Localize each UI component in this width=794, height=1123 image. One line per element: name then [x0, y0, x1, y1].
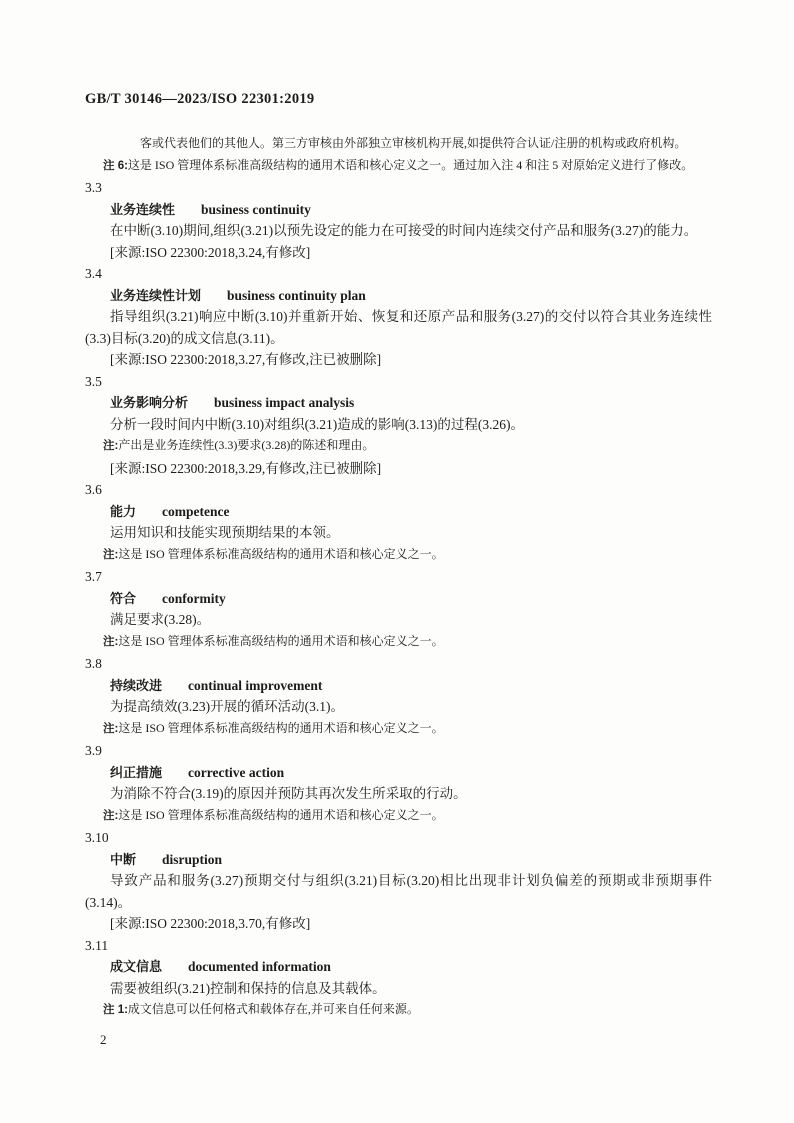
note-text: 成文信息可以任何格式和载体存在,并可来自任何来源。 [128, 1002, 419, 1016]
term-number: 3.11 [85, 935, 712, 957]
term-definition: 为提高绩效(3.23)开展的循环活动(3.1)。 [85, 696, 712, 718]
term-chinese: 业务影响分析 [110, 395, 188, 410]
term-definition: 为消除不符合(3.19)的原因并预防其再次发生所采取的行动。 [85, 783, 712, 805]
term-section: 3.9 纠正措施corrective action 为消除不符合(3.19)的原… [85, 740, 712, 827]
note-label: 注 1: [103, 1004, 128, 1016]
continuation-paragraph: 客或代表他们的其他人。第三方审核由外部独立审核机构开展,如提供符合认证/注册的机… [85, 133, 712, 155]
term-english: documented information [188, 959, 331, 974]
term-definition: 指导组织(3.21)响应中断(3.10)并重新开始、恢复和还原产品和服务(3.2… [85, 306, 712, 349]
term-number: 3.6 [85, 479, 712, 501]
note-label: 注: [103, 810, 118, 822]
term-title: 业务连续性计划business continuity plan [85, 285, 712, 307]
term-title: 业务影响分析business impact analysis [85, 392, 712, 414]
term-note: 注 1:成文信息可以任何格式和载体存在,并可来自任何来源。 [85, 999, 712, 1022]
term-english: continual improvement [188, 678, 322, 693]
term-title: 符合conformity [85, 588, 712, 610]
term-title: 业务连续性business continuity [85, 199, 712, 221]
term-section: 3.3 业务连续性business continuity 在中断(3.10)期间… [85, 177, 712, 263]
term-english: business impact analysis [214, 395, 354, 410]
term-definition: 导致产品和服务(3.27)预期交付与组织(3.21)目标(3.20)相比出现非计… [85, 870, 712, 913]
term-title: 成文信息documented information [85, 956, 712, 978]
note-label: 注 6: [103, 160, 128, 172]
term-section: 3.6 能力competence 运用知识和技能实现预期结果的本领。 注:这是 … [85, 479, 712, 566]
term-english: disruption [162, 852, 222, 867]
term-section: 3.4 业务连续性计划business continuity plan 指导组织… [85, 263, 712, 371]
note-text: 这是 ISO 管理体系标准高级结构的通用术语和核心定义之一。 [118, 547, 443, 561]
term-definition: 需要被组织(3.21)控制和保持的信息及其载体。 [85, 978, 712, 1000]
document-header: GB/T 30146—2023/ISO 22301:2019 [85, 88, 712, 110]
term-note: 注:这是 ISO 管理体系标准高级结构的通用术语和核心定义之一。 [85, 544, 712, 567]
term-source: [来源:ISO 22300:2018,3.24,有修改] [85, 242, 712, 264]
term-definition: 满足要求(3.28)。 [85, 609, 712, 631]
note-label: 注: [103, 440, 118, 452]
term-chinese: 业务连续性计划 [110, 288, 201, 303]
note-text: 这是 ISO 管理体系标准高级结构的通用术语和核心定义之一。通过加入注 4 和注… [128, 158, 693, 172]
term-title: 持续改进continual improvement [85, 675, 712, 697]
note-text: 这是 ISO 管理体系标准高级结构的通用术语和核心定义之一。 [118, 721, 443, 735]
term-source: [来源:ISO 22300:2018,3.70,有修改] [85, 913, 712, 935]
note-label: 注: [103, 636, 118, 648]
term-section: 3.10 中断disruption 导致产品和服务(3.27)预期交付与组织(3… [85, 827, 712, 935]
term-definition: 在中断(3.10)期间,组织(3.21)以预先设定的能力在可接受的时间内连续交付… [85, 220, 712, 242]
page-number: 2 [100, 1029, 107, 1050]
note-label: 注: [103, 549, 118, 561]
term-number: 3.3 [85, 177, 712, 199]
term-source: [来源:ISO 22300:2018,3.27,有修改,注已被删除] [85, 349, 712, 371]
term-definition: 运用知识和技能实现预期结果的本领。 [85, 522, 712, 544]
document-page: GB/T 30146—2023/ISO 22301:2019 客或代表他们的其他… [0, 0, 794, 1123]
term-english: business continuity plan [227, 288, 366, 303]
term-title: 能力competence [85, 501, 712, 523]
term-title: 纠正措施corrective action [85, 762, 712, 784]
term-section: 3.11 成文信息documented information 需要被组织(3.… [85, 935, 712, 1022]
term-chinese: 能力 [110, 504, 136, 519]
term-note: 注:这是 ISO 管理体系标准高级结构的通用术语和核心定义之一。 [85, 805, 712, 828]
note-text: 这是 ISO 管理体系标准高级结构的通用术语和核心定义之一。 [118, 634, 443, 648]
note-label: 注: [103, 723, 118, 735]
term-chinese: 中断 [110, 852, 136, 867]
term-english: corrective action [188, 765, 284, 780]
note-text: 这是 ISO 管理体系标准高级结构的通用术语和核心定义之一。 [118, 808, 443, 822]
term-note: 注:这是 ISO 管理体系标准高级结构的通用术语和核心定义之一。 [85, 631, 712, 654]
term-english: competence [162, 504, 229, 519]
term-number: 3.9 [85, 740, 712, 762]
term-chinese: 持续改进 [110, 678, 162, 693]
page-content: GB/T 30146—2023/ISO 22301:2019 客或代表他们的其他… [85, 88, 712, 1022]
note-6: 注 6:这是 ISO 管理体系标准高级结构的通用术语和核心定义之一。通过加入注 … [85, 155, 712, 178]
term-english: conformity [162, 591, 226, 606]
term-number: 3.7 [85, 566, 712, 588]
term-section: 3.7 符合conformity 满足要求(3.28)。 注:这是 ISO 管理… [85, 566, 712, 653]
term-number: 3.4 [85, 263, 712, 285]
term-note: 注:这是 ISO 管理体系标准高级结构的通用术语和核心定义之一。 [85, 718, 712, 741]
term-title: 中断disruption [85, 849, 712, 871]
term-note: 注:产出是业务连续性(3.3)要求(3.28)的陈述和理由。 [85, 435, 712, 458]
term-chinese: 成文信息 [110, 959, 162, 974]
term-definition: 分析一段时间内中断(3.10)对组织(3.21)造成的影响(3.13)的过程(3… [85, 414, 712, 436]
term-section: 3.8 持续改进continual improvement 为提高绩效(3.23… [85, 653, 712, 740]
term-number: 3.5 [85, 371, 712, 393]
term-chinese: 符合 [110, 591, 136, 606]
term-number: 3.10 [85, 827, 712, 849]
term-chinese: 业务连续性 [110, 202, 175, 217]
term-english: business continuity [201, 202, 311, 217]
term-number: 3.8 [85, 653, 712, 675]
term-section: 3.5 业务影响分析business impact analysis 分析一段时… [85, 371, 712, 480]
note-text: 产出是业务连续性(3.3)要求(3.28)的陈述和理由。 [118, 438, 374, 452]
term-source: [来源:ISO 22300:2018,3.29,有修改,注已被删除] [85, 458, 712, 480]
term-chinese: 纠正措施 [110, 765, 162, 780]
